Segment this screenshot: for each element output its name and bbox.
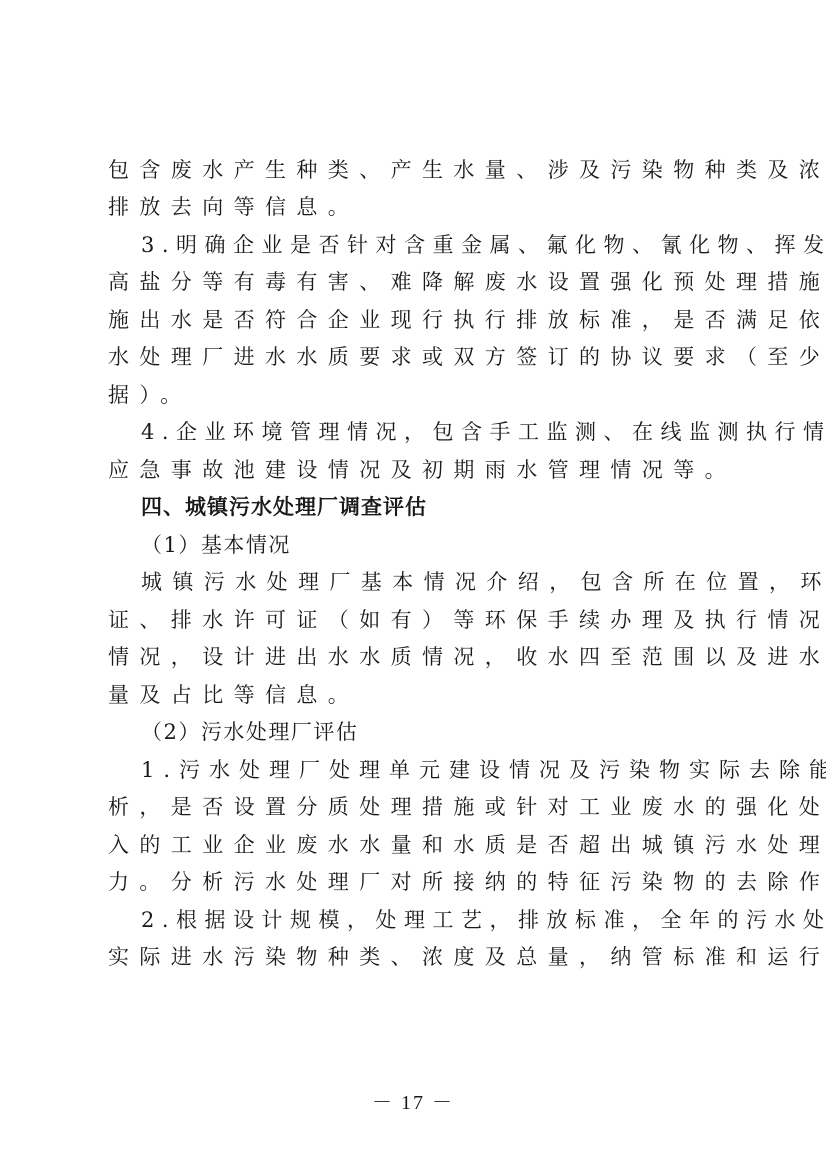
paragraph-line: 证、排水许可证（如有）等环保手续办理及执行情况，建设规模 — [108, 606, 720, 634]
paragraph-line: 城镇污水处理厂基本情况介绍，包含所在位置，环评、排污 — [141, 568, 720, 596]
paragraph-line: 情况，设计进出水水质情况，收水四至范围以及进水工业废水水 — [108, 643, 720, 671]
paragraph-line: 水处理厂进水水质要求或双方签订的协议要求（至少近一年数 — [108, 343, 720, 371]
paragraph-line: 2.根据设计规模，处理工艺，排放标准，全年的污水处理量， — [141, 906, 720, 934]
paragraph-line: 包含废水产生种类、产生水量、涉及污染物种类及浓度以及实际 — [108, 156, 720, 184]
paragraph-line: 入的工业企业废水水量和水质是否超出城镇污水处理厂处理能 — [108, 831, 720, 859]
paragraph-line: 析，是否设置分质处理措施或针对工业废水的强化处理设施。接 — [108, 793, 720, 821]
paragraph-line: 量及占比等信息。 — [108, 681, 720, 709]
paragraph-line: 据）。 — [108, 381, 720, 409]
paragraph-line: 高盐分等有毒有害、难降解废水设置强化预处理措施。预处理设 — [108, 268, 720, 296]
paragraph-line: 排放去向等信息。 — [108, 193, 720, 221]
paragraph-line: 施出水是否符合企业现行执行排放标准，是否满足依托的城镇污 — [108, 306, 720, 334]
paragraph-line: 实际进水污染物种类、浓度及总量，纳管标准和运行负荷等，并 — [108, 943, 720, 971]
subsection-heading: （2）污水处理厂评估 — [141, 718, 720, 746]
paragraph-line: 1.污水处理厂处理单元建设情况及污染物实际去除能力分 — [141, 756, 720, 784]
paragraph-line: 3.明确企业是否针对含重金属、氟化物、氰化物、挥发酚、 — [141, 231, 720, 259]
paragraph-line: 力。分析污水处理厂对所接纳的特征污染物的去除作用。 — [108, 868, 720, 896]
document-page: 包含废水产生种类、产生水量、涉及污染物种类及浓度以及实际 排放去向等信息。 3.… — [0, 0, 826, 1169]
section-heading: 四、城镇污水处理厂调查评估 — [141, 493, 720, 521]
subsection-heading: （1）基本情况 — [141, 531, 720, 559]
paragraph-line: 应急事故池建设情况及初期雨水管理情况等。 — [108, 456, 720, 484]
paragraph-line: 4.企业环境管理情况，包含手工监测、在线监测执行情况、 — [141, 418, 720, 446]
page-number: － 17 － — [0, 1086, 826, 1115]
